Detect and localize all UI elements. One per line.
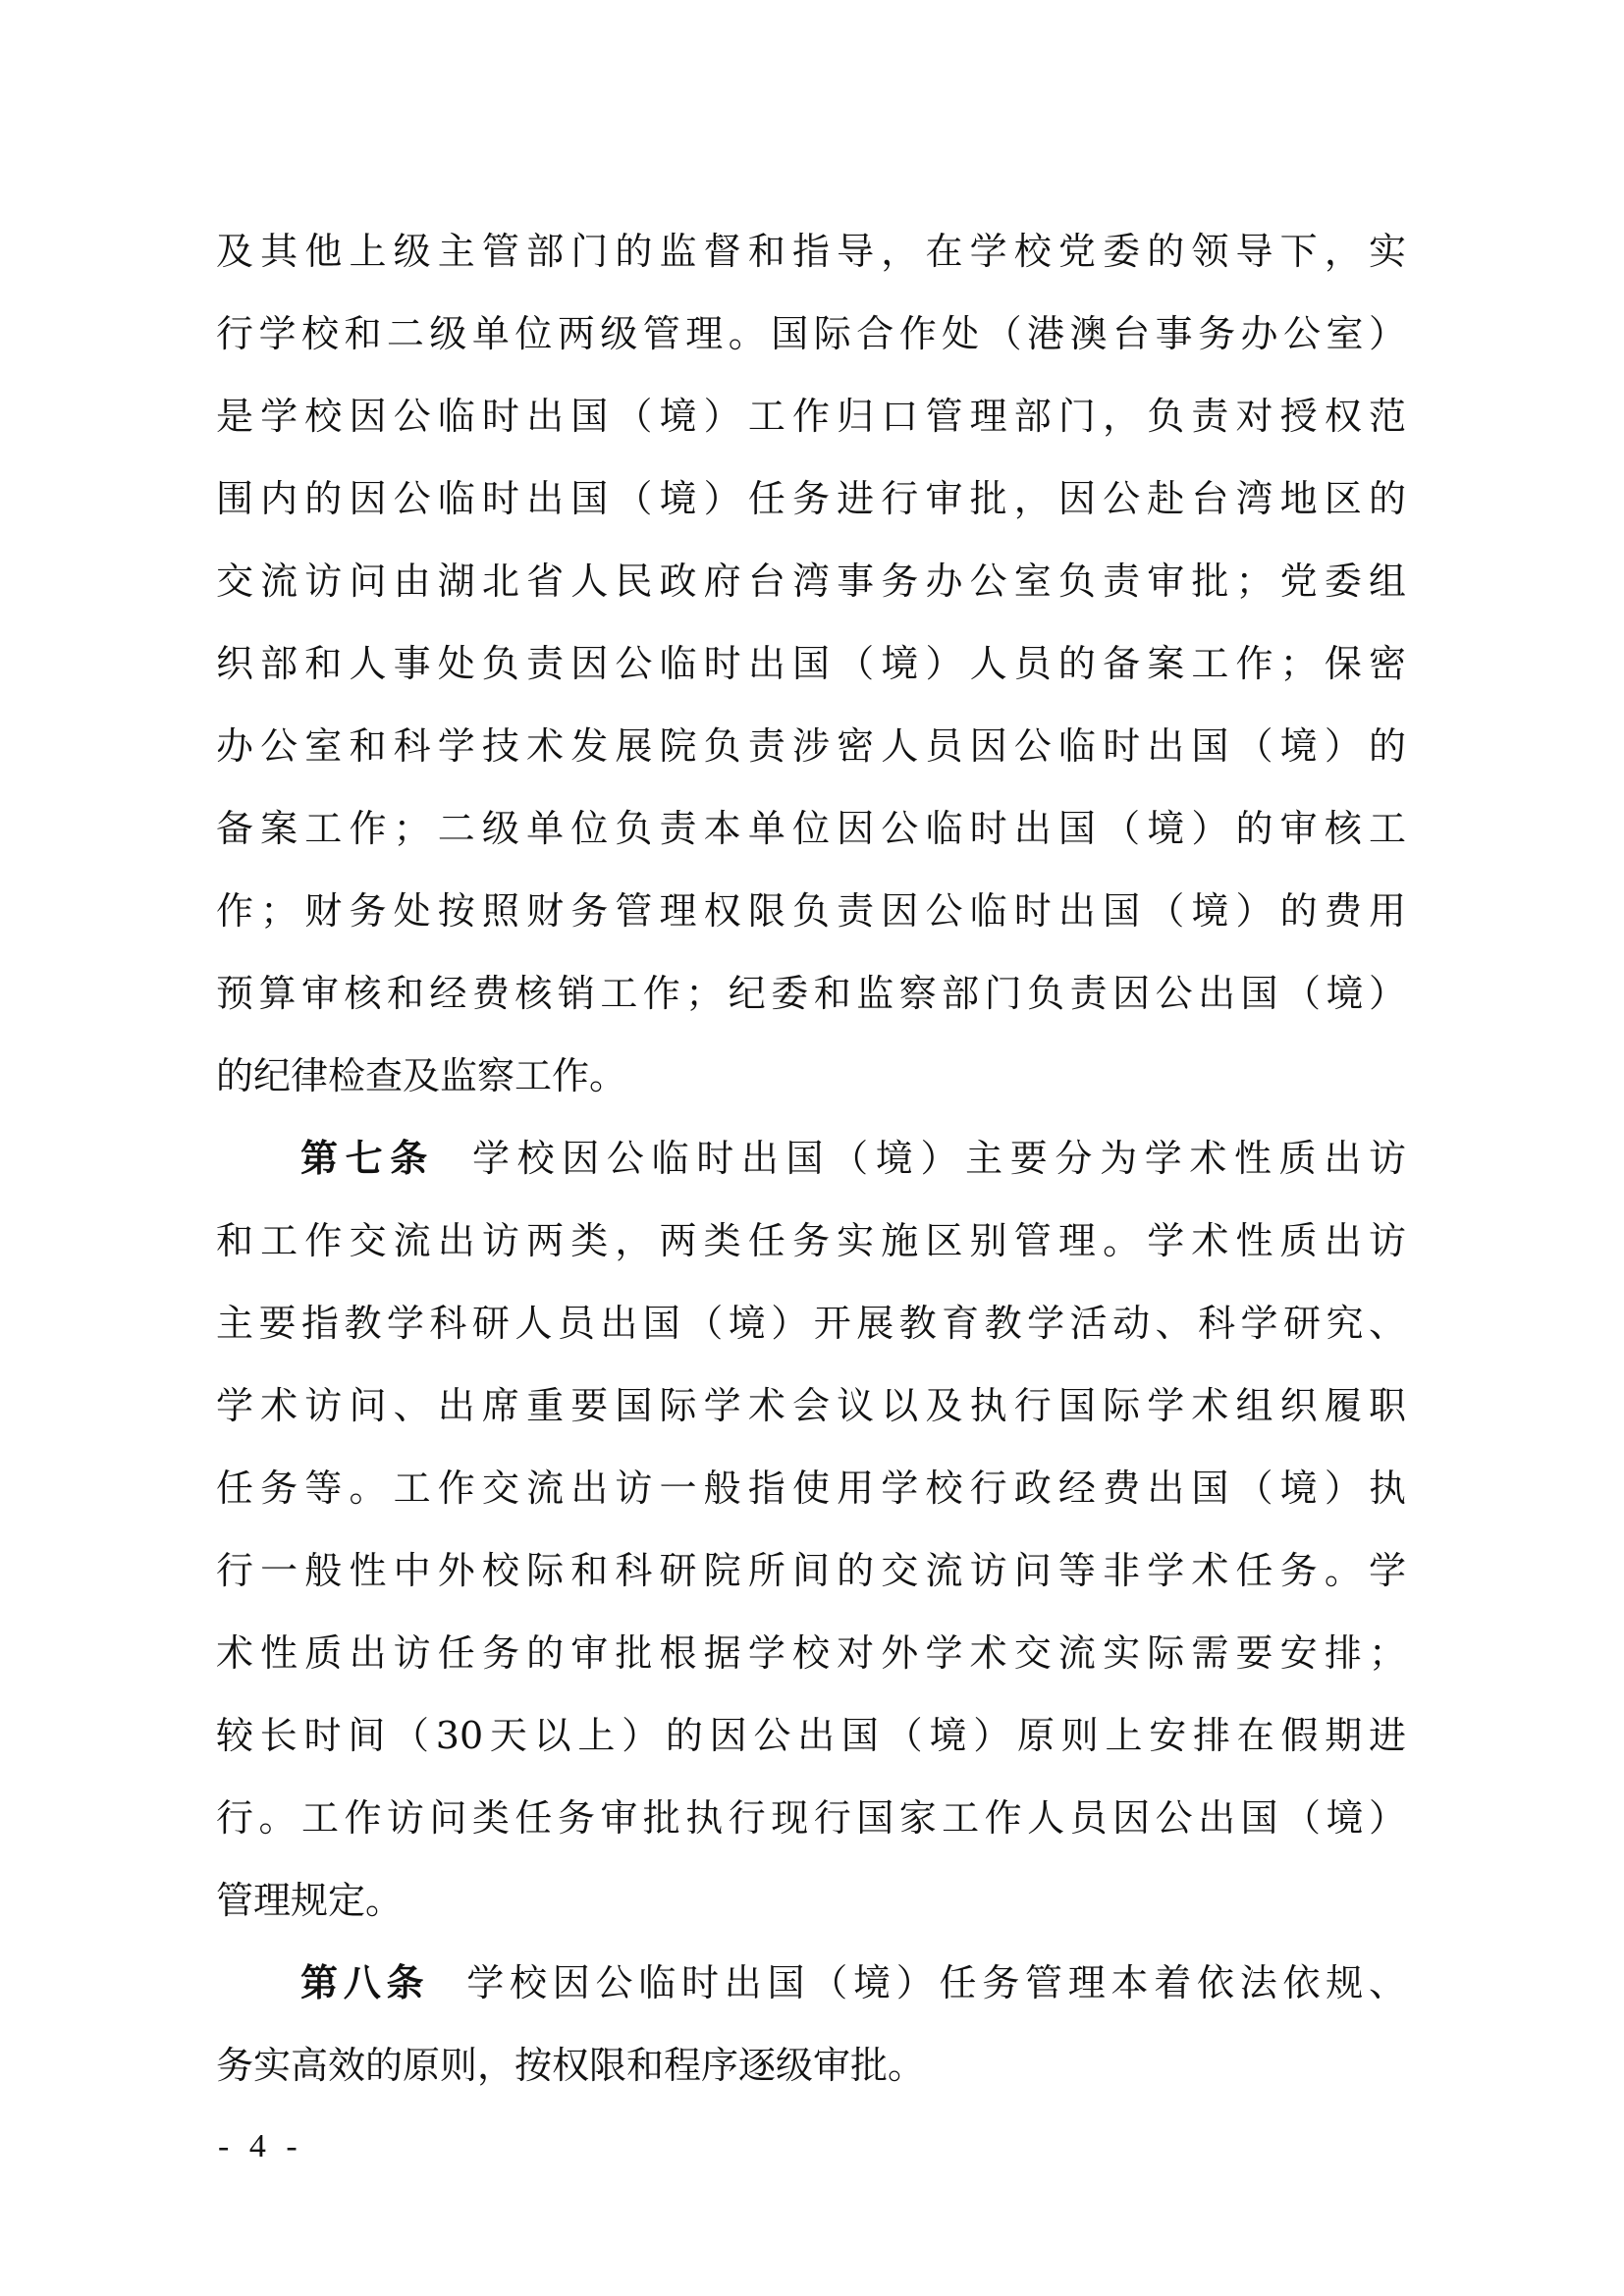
text-line: 备案工作；二级单位负责本单位因公临时出国（境）的审核工: [216, 801, 1406, 883]
text-line: 及其他上级主管部门的监督和指导，在学校党委的领导下，实: [216, 224, 1406, 306]
body-text: 及其他上级主管部门的监督和指导，在学校党委的领导下，实 行学校和二级单位两级管理…: [216, 224, 1406, 2120]
text-line: 学术访问、出席重要国际学术会议以及执行国际学术组织履职: [216, 1378, 1406, 1461]
article-first-line: 第七条学校因公临时出国（境）主要分为学术性质出访: [216, 1131, 1406, 1213]
article-7: 第七条学校因公临时出国（境）主要分为学术性质出访 和工作交流出访两类，两类任务实…: [216, 1131, 1406, 1955]
text-line: 行。工作访问类任务审批执行现行国家工作人员因公出国（境）: [216, 1790, 1406, 1873]
text-line: 围内的因公临时出国（境）任务进行审批，因公赴台湾地区的: [216, 471, 1406, 554]
text-line: 管理规定。: [216, 1873, 1406, 1955]
text-line: 较长时间（30天以上）的因公出国（境）原则上安排在假期进: [216, 1708, 1406, 1790]
article-number: 第七条: [300, 1136, 435, 1180]
text-line: 作；财务处按照财务管理权限负责因公临时出国（境）的费用: [216, 883, 1406, 966]
text-line: 交流访问由湖北省人民政府台湾事务办公室负责审批；党委组: [216, 554, 1406, 636]
text-line: 的纪律检查及监察工作。: [216, 1048, 1406, 1131]
page-number: - 4 -: [218, 2128, 303, 2165]
text-line: 务实高效的原则，按权限和程序逐级审批。: [216, 2038, 1406, 2120]
text-line: 任务等。工作交流出访一般指使用学校行政经费出国（境）执: [216, 1461, 1406, 1543]
text-line: 预算审核和经费核销工作；纪委和监察部门负责因公出国（境）: [216, 966, 1406, 1048]
text-line: 术性质出访任务的审批根据学校对外学术交流实际需要安排；: [216, 1626, 1406, 1708]
text-line: 办公室和科学技术发展院负责涉密人员因公临时出国（境）的: [216, 719, 1406, 801]
text-line: 行学校和二级单位两级管理。国际合作处（港澳台事务办公室）: [216, 306, 1406, 389]
article-8: 第八条学校因公临时出国（境）任务管理本着依法依规、 务实高效的原则，按权限和程序…: [216, 1955, 1406, 2120]
text-line: 是学校因公临时出国（境）工作归口管理部门，负责对授权范: [216, 389, 1406, 471]
article-number: 第八条: [300, 1960, 429, 2004]
article-first-line: 第八条学校因公临时出国（境）任务管理本着依法依规、: [216, 1955, 1406, 2038]
text-line: 织部和人事处负责因公临时出国（境）人员的备案工作；保密: [216, 636, 1406, 719]
text-line: 学校因公临时出国（境）主要分为学术性质出访: [472, 1137, 1406, 1180]
text-line: 行一般性中外校际和科研院所间的交流访问等非学术任务。学: [216, 1543, 1406, 1626]
text-line: 学校因公临时出国（境）任务管理本着依法依规、: [466, 1961, 1406, 2004]
text-line: 和工作交流出访两类，两类任务实施区别管理。学术性质出访: [216, 1213, 1406, 1296]
text-line: 主要指教学科研人员出国（境）开展教育教学活动、科学研究、: [216, 1296, 1406, 1378]
document-page: 及其他上级主管部门的监督和指导，在学校党委的领导下，实 行学校和二级单位两级管理…: [0, 0, 1624, 2296]
paragraph-continuation: 及其他上级主管部门的监督和指导，在学校党委的领导下，实 行学校和二级单位两级管理…: [216, 224, 1406, 1131]
